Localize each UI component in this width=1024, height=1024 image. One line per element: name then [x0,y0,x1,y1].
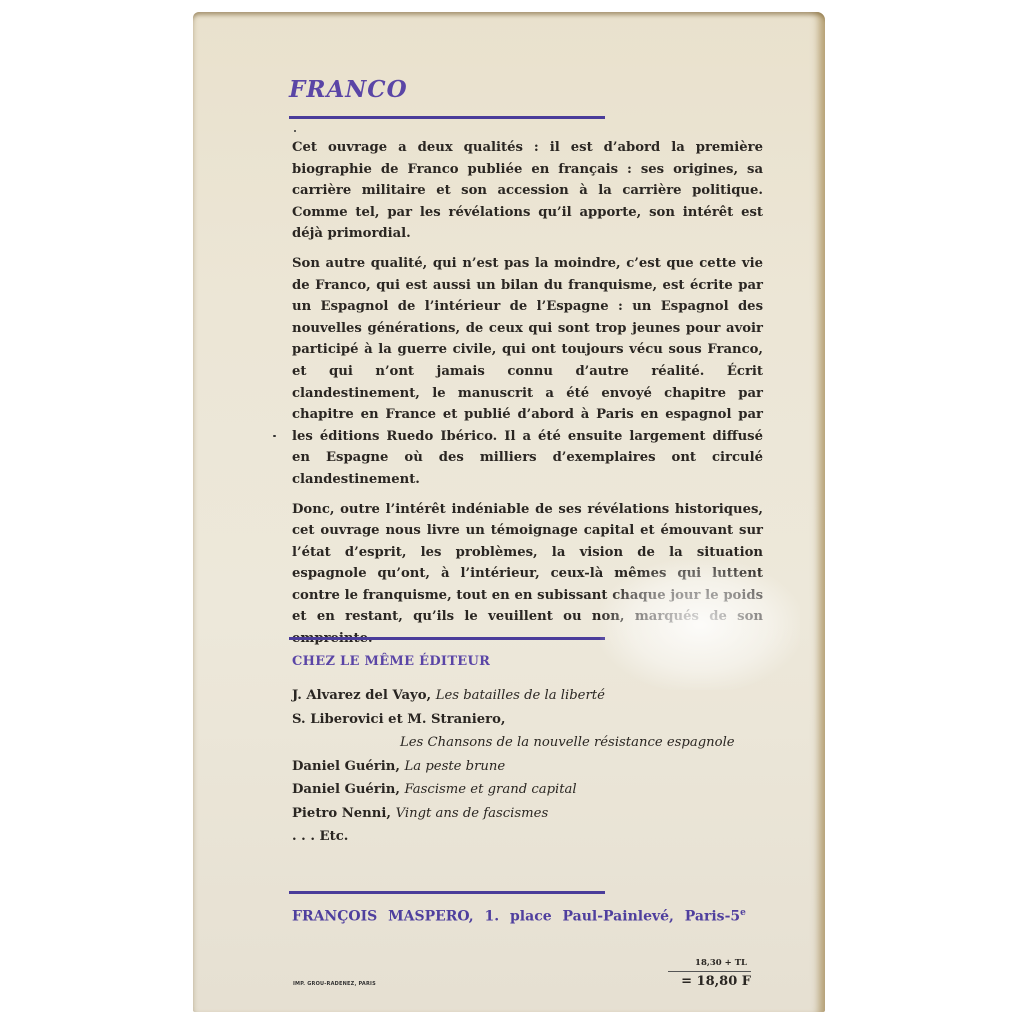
book-author: Daniel Guérin, [292,759,400,774]
price-total: = 18,80 F [668,974,751,989]
book-list-etc: . . . Etc. [292,825,772,849]
publisher-name-address: FRANÇOIS MASPERO, 1. place Paul-Painlevé… [292,909,740,925]
price-base: 18,30 + TL [668,958,751,972]
publisher-address: FRANÇOIS MASPERO, 1. place Paul-Painlevé… [292,908,746,925]
price-block: 18,30 + TL = 18,80 F [668,958,751,989]
title-rule [289,116,605,119]
paper-speck [294,130,296,132]
book-title: FRANCO [289,76,408,103]
book-title-italic: Les Chansons de la nouvelle résistance e… [292,731,772,755]
description-paragraph-2: Son autre qualité, qui n’est pas la moin… [292,253,763,491]
book-title-italic: Les batailles de la liberté [436,688,605,703]
book-author: S. Liberovici et M. Straniero, [292,712,505,727]
section-rule [289,637,605,640]
description: Cet ouvrage a deux qualités : il est d’a… [292,137,763,658]
book-list-item: Daniel Guérin, Fascisme et grand capital [292,778,772,802]
printer-credit: IMP. GROU-RADENEZ, PARIS [293,981,376,987]
book-list-item: Pietro Nenni, Vingt ans de fascismes [292,802,772,826]
same-publisher-list: J. Alvarez del Vayo, Les batailles de la… [292,684,772,849]
book-author: Daniel Guérin, [292,782,400,797]
publisher-rule [289,891,605,894]
paper-speck [273,435,276,437]
description-paragraph-1: Cet ouvrage a deux qualités : il est d’a… [292,137,763,245]
book-author: J. Alvarez del Vayo, [292,688,431,703]
book-list-item: Daniel Guérin, La peste brune [292,755,772,779]
book-list-item: S. Liberovici et M. Straniero, Les Chans… [292,708,772,755]
arrondissement-suffix: e [740,908,746,918]
book-title-italic: La peste brune [405,759,506,774]
book-author: Pietro Nenni, [292,806,391,821]
same-publisher-heading: CHEZ LE MÊME ÉDITEUR [292,654,490,669]
book-list-item: J. Alvarez del Vayo, Les batailles de la… [292,684,772,708]
book-title-italic: Fascisme et grand capital [405,782,577,797]
description-paragraph-3: Donc, outre l’intérêt indéniable de ses … [292,499,763,650]
book-title-italic: Vingt ans de fascismes [396,806,549,821]
